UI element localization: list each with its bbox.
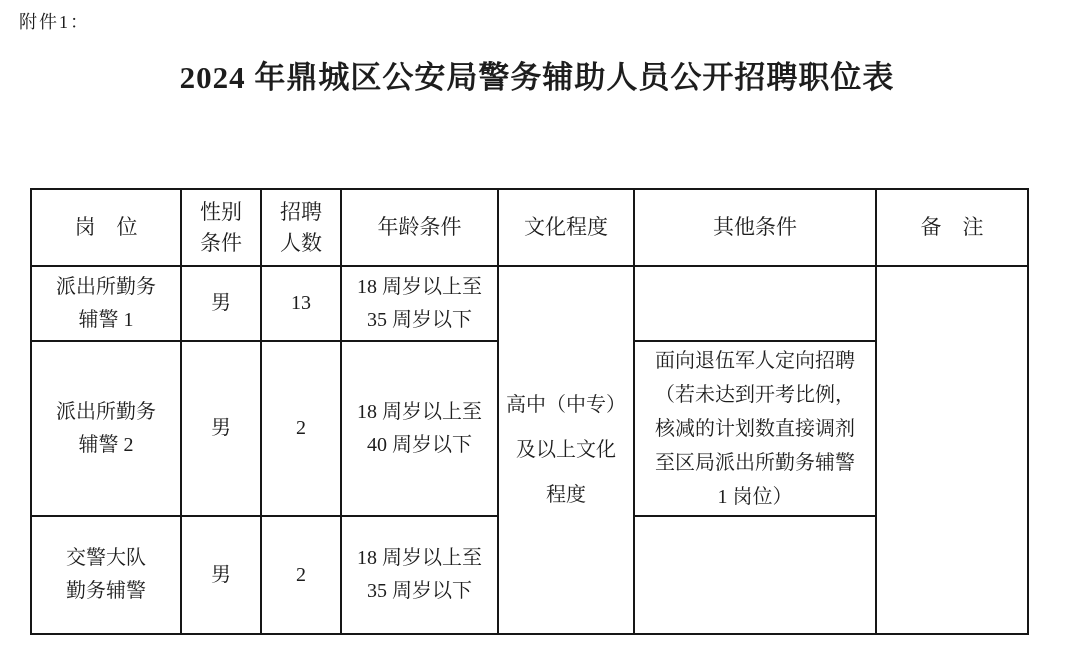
col-header-age: 年龄条件 xyxy=(342,190,499,267)
cell-position-row1: 派出所勤务辅警 1 xyxy=(32,267,182,342)
cell-headcount-row2: 2 xyxy=(262,342,342,517)
attachment-label: 附件1： xyxy=(19,8,90,34)
recruitment-table: 岗 位 性别条件 招聘人数 年龄条件 文化程度 其他条件 备 注 派出所勤务辅警… xyxy=(30,188,1029,635)
cell-position-row3: 交警大队勤务辅警 xyxy=(32,517,182,635)
cell-headcount-row3: 2 xyxy=(262,517,342,635)
cell-headcount-row1: 13 xyxy=(262,267,342,342)
col-header-education: 文化程度 xyxy=(499,190,635,267)
col-header-gender: 性别条件 xyxy=(182,190,262,267)
cell-age-row2: 18 周岁以上至40 周岁以下 xyxy=(342,342,499,517)
cell-gender-row3: 男 xyxy=(182,517,262,635)
cell-remarks-merged xyxy=(877,267,1029,635)
cell-age-row1: 18 周岁以上至35 周岁以下 xyxy=(342,267,499,342)
page-title: 2024 年鼎城区公安局警务辅助人员公开招聘职位表 xyxy=(0,52,1074,97)
cell-gender-row2: 男 xyxy=(182,342,262,517)
document-page: 附件1： 2024 年鼎城区公安局警务辅助人员公开招聘职位表 岗 位 性别条件 … xyxy=(0,0,1074,663)
col-header-position: 岗 位 xyxy=(32,190,182,267)
col-header-remarks: 备 注 xyxy=(877,190,1029,267)
col-header-other: 其他条件 xyxy=(635,190,877,267)
col-header-headcount: 招聘人数 xyxy=(262,190,342,267)
cell-education-merged: 高中（中专）及以上文化程度 xyxy=(499,267,635,635)
cell-other-row2: 面向退伍军人定向招聘（若未达到开考比例，核减的计划数直接调剂至区局派出所勤务辅警… xyxy=(635,342,877,517)
cell-other-row1 xyxy=(635,267,877,342)
cell-other-row3 xyxy=(635,517,877,635)
cell-position-row2: 派出所勤务辅警 2 xyxy=(32,342,182,517)
cell-age-row3: 18 周岁以上至35 周岁以下 xyxy=(342,517,499,635)
cell-gender-row1: 男 xyxy=(182,267,262,342)
